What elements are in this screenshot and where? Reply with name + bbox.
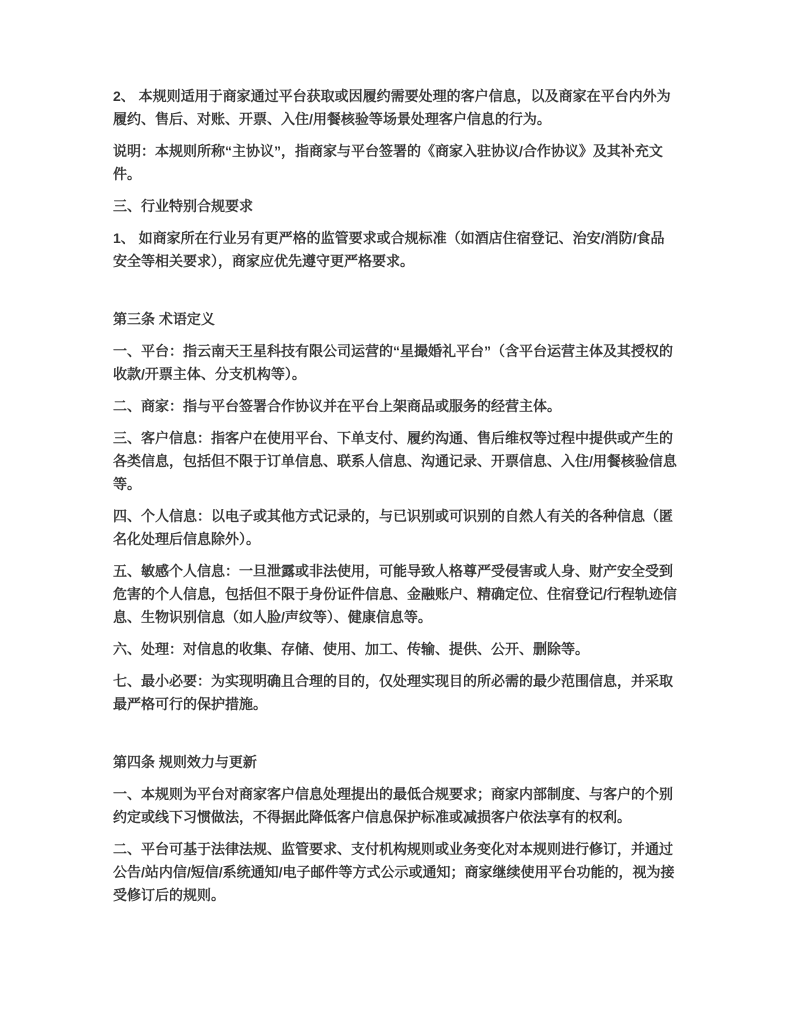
paragraph-rule-revision-notice: 二、平台可基于法律法规、监管要求、支付机构规则或业务变化对本规则进行修订，并通过… bbox=[113, 838, 677, 907]
article-heading-rule-effect-update: 第四条 规则效力与更新 bbox=[113, 751, 677, 774]
document-page: 2、 本规则适用于商家通过平台获取或因履约需要处理的客户信息，以及商家在平台内外… bbox=[0, 0, 791, 1024]
document-body: 2、 本规则适用于商家通过平台获取或因履约需要处理的客户信息，以及商家在平台内外… bbox=[113, 85, 677, 916]
paragraph-definition-customer-info: 三、客户信息：指客户在使用平台、下单支付、履约沟通、售后维权等过程中提供或产生的… bbox=[113, 427, 677, 496]
article-heading-definitions: 第三条 术语定义 bbox=[113, 308, 677, 331]
paragraph-definition-merchant: 二、商家：指与平台签署合作协议并在平台上架商品或服务的经营主体。 bbox=[113, 395, 677, 418]
paragraph-definition-personal-info: 四、个人信息：以电子或其他方式记录的，与已识别或可识别的自然人有关的各种信息（匿… bbox=[113, 505, 677, 551]
paragraph-definition-minimum-necessity: 七、最小必要：为实现明确且合理的目的，仅处理实现目的所必需的最少范围信息，并采取… bbox=[113, 670, 677, 716]
paragraph-minimum-compliance-requirement: 一、本规则为平台对商家客户信息处理提出的最低合规要求；商家内部制度、与客户的个别… bbox=[113, 783, 677, 829]
paragraph-industry-stricter-rules: 1、 如商家所在行业另有更严格的监管要求或合规标准（如酒店住宿登记、治安/消防/… bbox=[113, 227, 677, 273]
paragraph-definition-platform: 一、平台：指云南天王星科技有限公司运营的“星撮婚礼平台”（含平台运营主体及其授权… bbox=[113, 340, 677, 386]
paragraph-definition-sensitive-info: 五、敏感个人信息：一旦泄露或非法使用，可能导致人格尊严受侵害或人身、财产安全受到… bbox=[113, 560, 677, 629]
paragraph-scope-item-2: 2、 本规则适用于商家通过平台获取或因履约需要处理的客户信息，以及商家在平台内外… bbox=[113, 85, 677, 131]
paragraph-note-master-agreement: 说明：本规则所称“主协议”，指商家与平台签署的《商家入驻协议/合作协议》及其补充… bbox=[113, 140, 677, 186]
paragraph-definition-processing: 六、处理：对信息的收集、存储、使用、加工、传输、提供、公开、删除等。 bbox=[113, 638, 677, 661]
subsection-heading-industry-compliance: 三、行业特别合规要求 bbox=[113, 195, 677, 218]
